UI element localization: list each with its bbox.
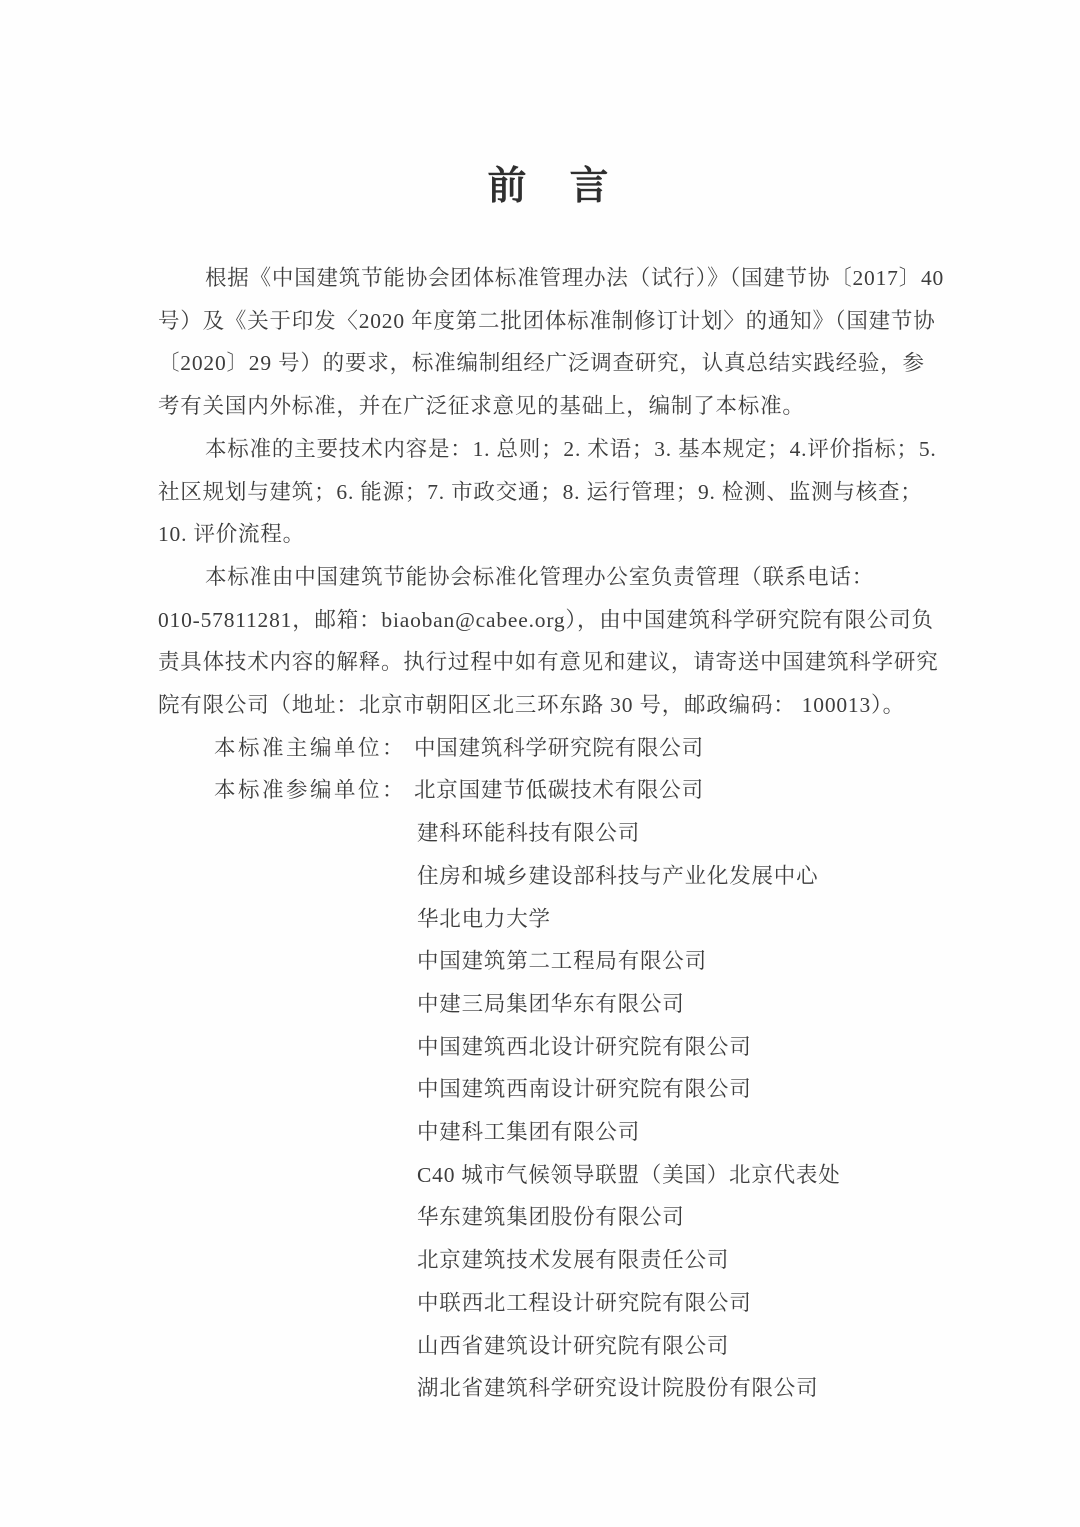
paragraph-line: 院有限公司（地址：北京市朝阳区北三环东路 30 号，邮政编码： 100013）。 [158,684,940,727]
participating-editor-item: 中建三局集团华东有限公司 [158,983,940,1026]
participating-editor-item: 建科环能科技有限公司 [158,812,940,855]
paragraph-line: 〔2020〕29 号）的要求，标准编制组经广泛调查研究，认真总结实践经验，参 [158,342,940,385]
participating-editor-item: 住房和城乡建设部科技与产业化发展中心 [158,855,940,898]
participating-editor-item: 华东建筑集团股份有限公司 [158,1196,940,1239]
page-title: 前 言 [158,0,940,212]
paragraph-line: 根据《中国建筑节能协会团体标准管理办法（试行）》（国建节协〔2017〕40 [158,257,940,300]
foreword-body: 根据《中国建筑节能协会团体标准管理办法（试行）》（国建节协〔2017〕40 号）… [158,257,940,1410]
paragraph-line: 10. 评价流程。 [158,513,940,556]
paragraph-line: 本标准的主要技术内容是：1. 总则；2. 术语；3. 基本规定；4.评价指标；5… [158,428,940,471]
participating-editor-item: 中国建筑第二工程局有限公司 [158,940,940,983]
participating-editor-item: C40 城市气候领导联盟（美国）北京代表处 [158,1154,940,1197]
document-page: 前 言 根据《中国建筑节能协会团体标准管理办法（试行）》（国建节协〔2017〕4… [0,0,1080,1527]
participating-editors-row: 本标准参编单位：北京国建节低碳技术有限公司 [158,769,940,812]
participating-editor-item: 湖北省建筑科学研究设计院股份有限公司 [158,1367,940,1410]
paragraph-line: 责具体技术内容的解释。执行过程中如有意见和建议，请寄送中国建筑科学研究 [158,641,940,684]
chief-editor-value: 中国建筑科学研究院有限公司 [414,736,704,760]
paragraph-line: 号）及《关于印发〈2020 年度第二批团体标准制修订计划〉的通知》（国建节协 [158,300,940,343]
paragraph-line: 本标准由中国建筑节能协会标准化管理办公室负责管理（联系电话： [158,556,940,599]
participating-editor-value: 北京国建节低碳技术有限公司 [414,778,704,802]
paragraph-line: 社区规划与建筑；6. 能源；7. 市政交通；8. 运行管理；9. 检测、监测与核… [158,471,940,514]
paragraph-line: 010-57811281，邮箱：biaoban@cabee.org），由中国建筑… [158,599,940,642]
participating-editor-item: 华北电力大学 [158,898,940,941]
participating-editors-label: 本标准参编单位： [214,769,414,812]
participating-editor-item: 山西省建筑设计研究院有限公司 [158,1325,940,1368]
participating-editor-item: 北京建筑技术发展有限责任公司 [158,1239,940,1282]
participating-editor-item: 中建科工集团有限公司 [158,1111,940,1154]
participating-editor-item: 中国建筑西北设计研究院有限公司 [158,1026,940,1069]
participating-editor-item: 中联西北工程设计研究院有限公司 [158,1282,940,1325]
chief-editor-label: 本标准主编单位： [214,727,414,770]
paragraph-line: 考有关国内外标准，并在广泛征求意见的基础上，编制了本标准。 [158,385,940,428]
chief-editor-row: 本标准主编单位：中国建筑科学研究院有限公司 [158,727,940,770]
participating-editor-item: 中国建筑西南设计研究院有限公司 [158,1068,940,1111]
